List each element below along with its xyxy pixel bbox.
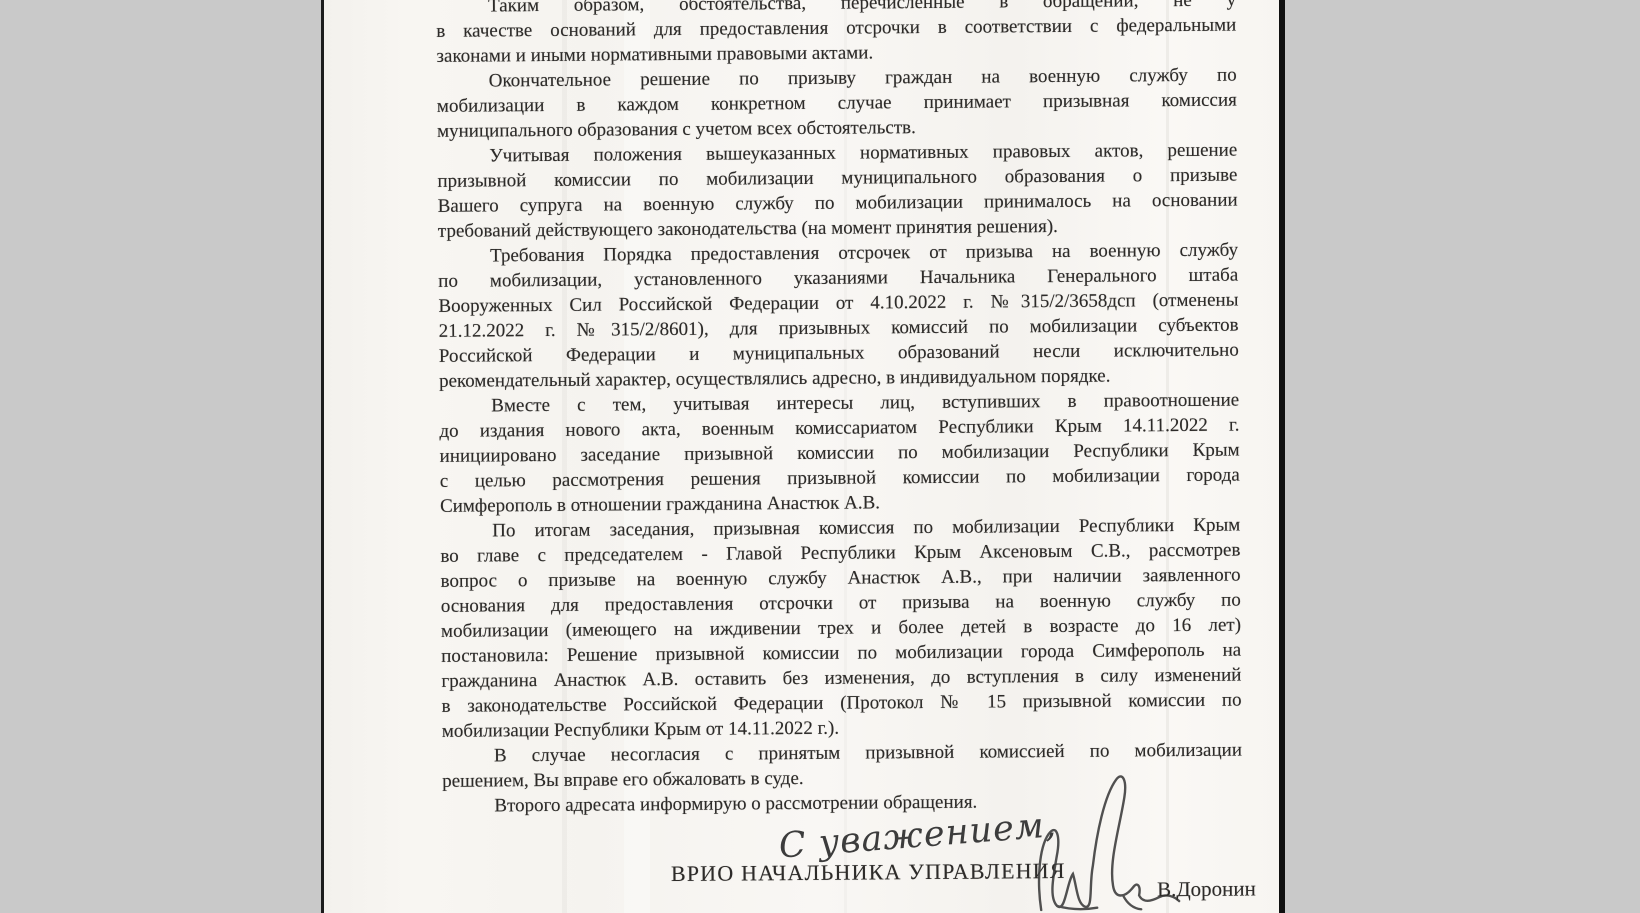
- document-content: Таким образом, обстоятельства, перечисле…: [321, 0, 1282, 913]
- scanned-page: Таким образом, обстоятельства, перечисле…: [321, 0, 1285, 913]
- signer-role: ВРИО НАЧАЛЬНИКА УПРАВЛЕНИЯ: [671, 858, 1066, 887]
- document-text: Таким образом, обстоятельства, перечисле…: [436, 0, 1242, 819]
- signer-name: В.Доронин: [1157, 876, 1256, 902]
- viewer-background: Таким образом, обстоятельства, перечисле…: [0, 0, 1640, 913]
